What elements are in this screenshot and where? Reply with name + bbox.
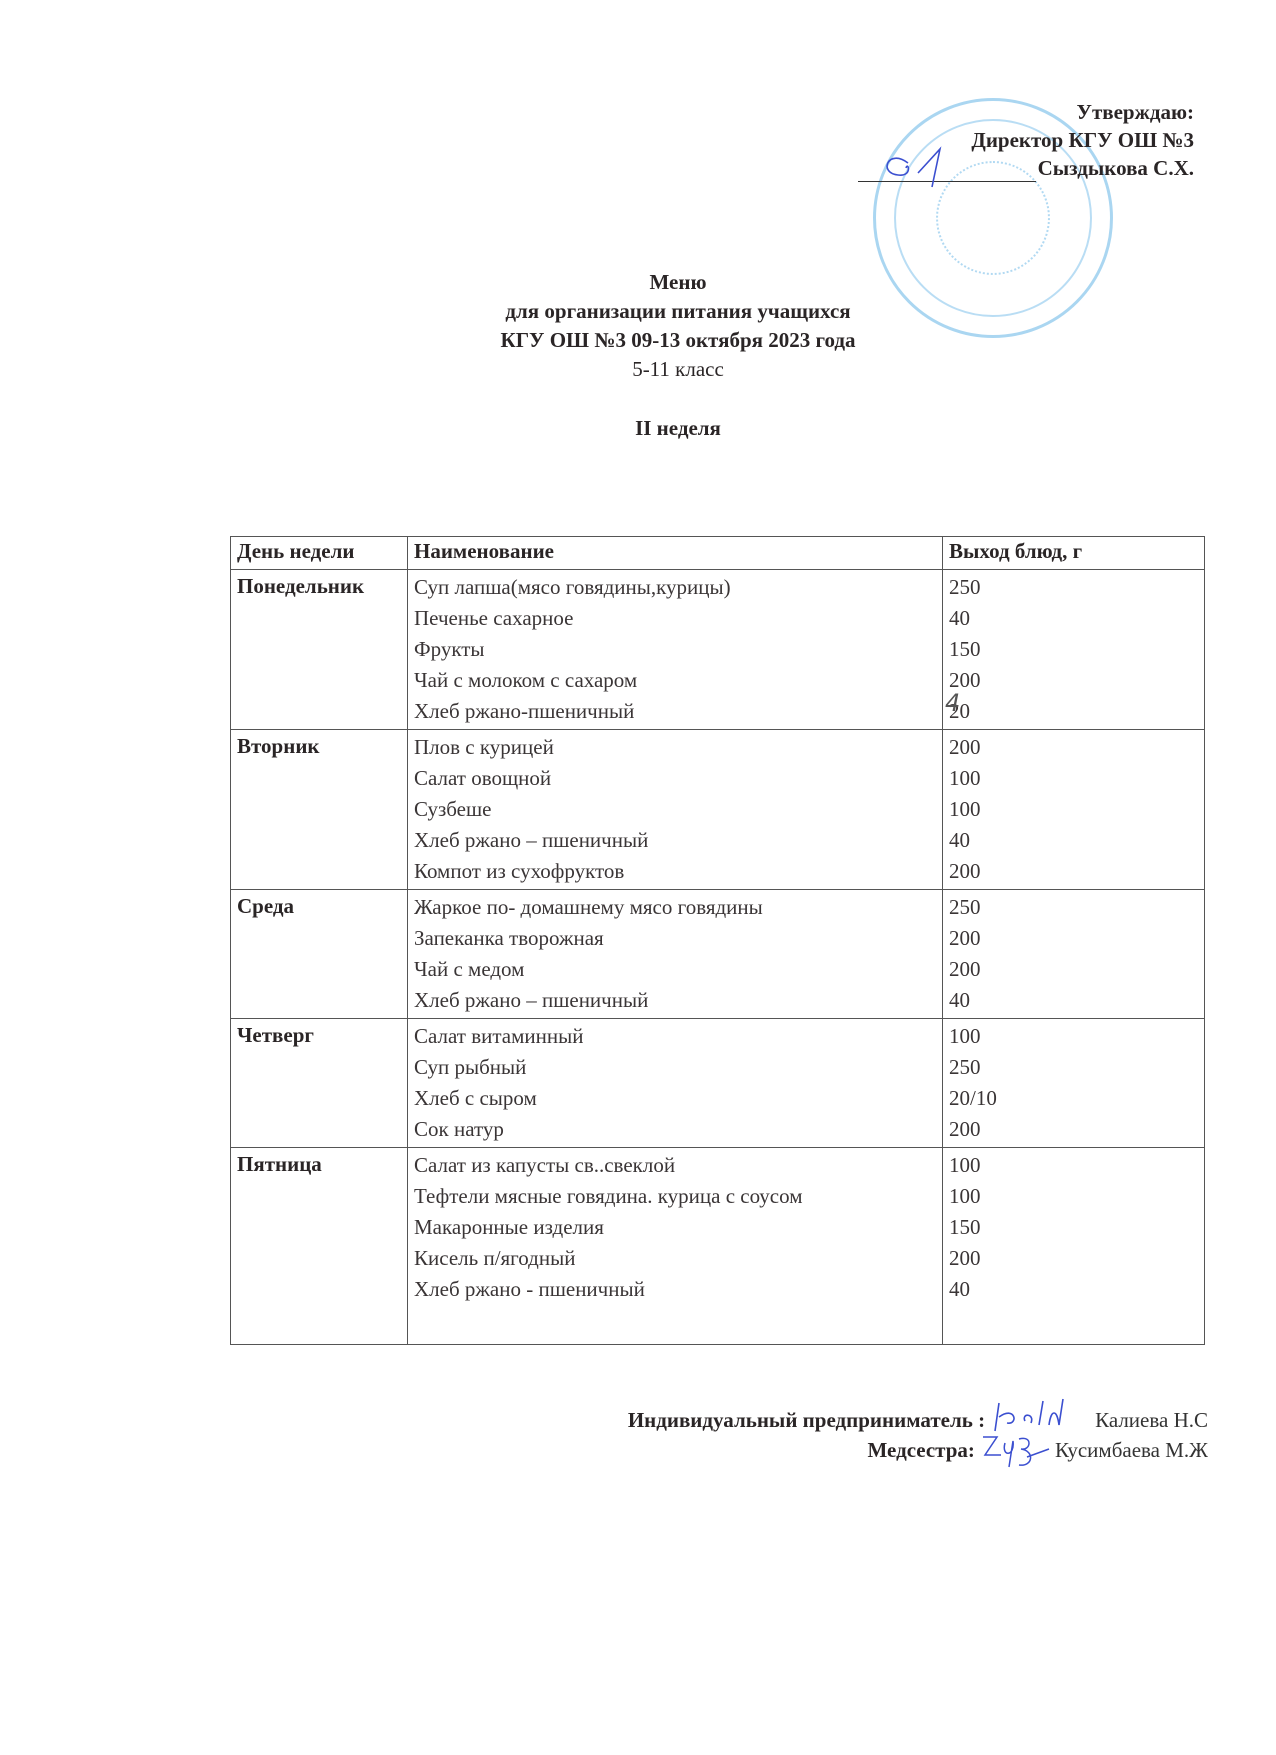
table-row: ВторникПлов с курицейСалат овощнойСузбеш… [231, 730, 1205, 890]
dish-name: Хлеб ржано-пшеничный [414, 696, 936, 727]
dish-name: Тефтели мясные говядина. курица с соусом [414, 1181, 936, 1212]
nurse-signature-icon [975, 1435, 1055, 1465]
dish-yield: 40 [949, 1274, 1198, 1305]
dish-yields-cell: 25040150200204 [943, 570, 1205, 730]
entrepreneur-row: Индивидуальный предприниматель : Калиева… [628, 1405, 1208, 1435]
yield-value: 20/10 [949, 1086, 997, 1110]
dish-name: Макаронные изделия [414, 1212, 936, 1243]
entrepreneur-role: Индивидуальный предприниматель : [628, 1405, 985, 1435]
dish-name: Запеканка творожная [414, 923, 936, 954]
table-row: СредаЖаркое по- домашнему мясо говядиныЗ… [231, 890, 1205, 1019]
dish-yield: 100 [949, 1021, 1198, 1052]
yield-value: 250 [949, 1055, 981, 1079]
dish-yield: 250 [949, 572, 1198, 603]
yield-value: 100 [949, 766, 981, 790]
dish-yield: 204 [949, 696, 1198, 727]
day-cell: Понедельник [231, 570, 408, 730]
dish-yield: 250 [949, 1052, 1198, 1083]
dish-names-cell: Салат витаминныйСуп рыбныйХлеб с сыромСо… [408, 1019, 943, 1148]
week-label: II неделя [80, 414, 1276, 443]
title-line-2: для организации питания учащихся [80, 297, 1276, 326]
nurse-role: Медсестра: [868, 1435, 975, 1465]
dish-yield: 40 [949, 825, 1198, 856]
dish-yield: 100 [949, 794, 1198, 825]
director-signature-row: Сыздыкова С.Х. [858, 154, 1194, 182]
header-name: Наименование [408, 537, 943, 570]
dish-yields-cell: 10010015020040 [943, 1148, 1205, 1345]
dish-yield: 100 [949, 763, 1198, 794]
dish-yield: 100 [949, 1181, 1198, 1212]
dish-yields-cell: 10025020/10200 [943, 1019, 1205, 1148]
nurse-name: Кусимбаева М.Ж [1055, 1435, 1208, 1465]
title-line-3: КГУ ОШ №3 09-13 октября 2023 года [80, 326, 1276, 355]
approval-label: Утверждаю: [858, 98, 1194, 126]
footer-signatures: Индивидуальный предприниматель : Калиева… [628, 1405, 1208, 1465]
table-row: ПятницаСалат из капусты св..свеклойТефте… [231, 1148, 1205, 1345]
menu-table: День недели Наименование Выход блюд, г П… [230, 536, 1205, 1345]
signature-line [858, 157, 1036, 182]
dish-names-cell: Плов с курицейСалат овощнойСузбешеХлеб р… [408, 730, 943, 890]
dish-yield: 200 [949, 1243, 1198, 1274]
yield-value: 40 [949, 828, 970, 852]
dish-name: Кисель п/ягодный [414, 1243, 936, 1274]
dish-name: Хлеб ржано - пшеничный [414, 1274, 936, 1305]
dish-yields-cell: 25020020040 [943, 890, 1205, 1019]
dish-names-cell: Суп лапша(мясо говядины,курицы)Печенье с… [408, 570, 943, 730]
yield-value: 100 [949, 1184, 981, 1208]
yield-value: 40 [949, 988, 970, 1012]
yield-value: 40 [949, 606, 970, 630]
header-day: День недели [231, 537, 408, 570]
yield-value: 250 [949, 895, 981, 919]
dish-yield: 20/10 [949, 1083, 1198, 1114]
dish-yield: 40 [949, 603, 1198, 634]
yield-value: 200 [949, 735, 981, 759]
dish-yield: 100 [949, 1150, 1198, 1181]
dish-name: Хлеб ржано – пшеничный [414, 985, 936, 1016]
day-cell: Вторник [231, 730, 408, 890]
yield-value: 100 [949, 797, 981, 821]
yield-value: 150 [949, 1215, 981, 1239]
dish-name: Хлеб с сыром [414, 1083, 936, 1114]
table-header-row: День недели Наименование Выход блюд, г [231, 537, 1205, 570]
yield-value: 200 [949, 1246, 981, 1270]
dish-names-cell: Салат из капусты св..свеклойТефтели мясн… [408, 1148, 943, 1345]
dish-names-cell: Жаркое по- домашнему мясо говядиныЗапека… [408, 890, 943, 1019]
entrepreneur-name: Калиева Н.С [1095, 1405, 1208, 1435]
yield-value: 150 [949, 637, 981, 661]
table-row: ПонедельникСуп лапша(мясо говядины,куриц… [231, 570, 1205, 730]
dish-yield: 200 [949, 665, 1198, 696]
dish-name: Чай с молоком с сахаром [414, 665, 936, 696]
dish-name: Суп рыбный [414, 1052, 936, 1083]
yield-value: 200 [949, 957, 981, 981]
yield-value: 100 [949, 1153, 981, 1177]
dish-name: Чай с медом [414, 954, 936, 985]
yield-value: 200 [949, 1117, 981, 1141]
dish-yield: 200 [949, 732, 1198, 763]
dish-name: Печенье сахарное [414, 603, 936, 634]
table-row: ЧетвергСалат витаминныйСуп рыбныйХлеб с … [231, 1019, 1205, 1148]
dish-yield: 200 [949, 856, 1198, 887]
header-yield: Выход блюд, г [943, 537, 1205, 570]
director-signature-icon [878, 143, 968, 193]
dish-name: Плов с курицей [414, 732, 936, 763]
dish-name: Жаркое по- домашнему мясо говядины [414, 892, 936, 923]
dish-yield: 200 [949, 1114, 1198, 1145]
approval-name: Сыздыкова С.Х. [1038, 154, 1194, 182]
dish-name: Салат овощной [414, 763, 936, 794]
approval-block: Утверждаю: Директор КГУ ОШ №3 Сыздыкова … [858, 98, 1194, 182]
yield-value: 200 [949, 926, 981, 950]
dish-yield: 250 [949, 892, 1198, 923]
yield-value: 40 [949, 1277, 970, 1301]
dish-yield: 150 [949, 1212, 1198, 1243]
title-line-1: Меню [80, 268, 1276, 297]
dish-yield: 150 [949, 634, 1198, 665]
nurse-row: Медсестра: Кусимбаева М.Ж [628, 1435, 1208, 1465]
dish-yield: 200 [949, 954, 1198, 985]
day-cell: Четверг [231, 1019, 408, 1148]
dish-name: Компот из сухофруктов [414, 856, 936, 887]
yield-value: 100 [949, 1024, 981, 1048]
dish-name: Суп лапша(мясо говядины,курицы) [414, 572, 936, 603]
grade-range: 5-11 класс [80, 355, 1276, 384]
dish-name: Фрукты [414, 634, 936, 665]
dish-yields-cell: 20010010040200 [943, 730, 1205, 890]
day-cell: Среда [231, 890, 408, 1019]
day-cell: Пятница [231, 1148, 408, 1345]
dish-name: Хлеб ржано – пшеничный [414, 825, 936, 856]
dish-yield: 40 [949, 985, 1198, 1016]
dish-name: Салат витаминный [414, 1021, 936, 1052]
yield-value: 200 [949, 859, 981, 883]
dish-yield: 200 [949, 923, 1198, 954]
dish-name: Сок натур [414, 1114, 936, 1145]
dish-name: Сузбеше [414, 794, 936, 825]
dish-name: Салат из капусты св..свеклой [414, 1150, 936, 1181]
document-title: Меню для организации питания учащихся КГ… [0, 268, 1276, 443]
handwritten-correction: 4 [945, 688, 960, 719]
yield-value: 250 [949, 575, 981, 599]
